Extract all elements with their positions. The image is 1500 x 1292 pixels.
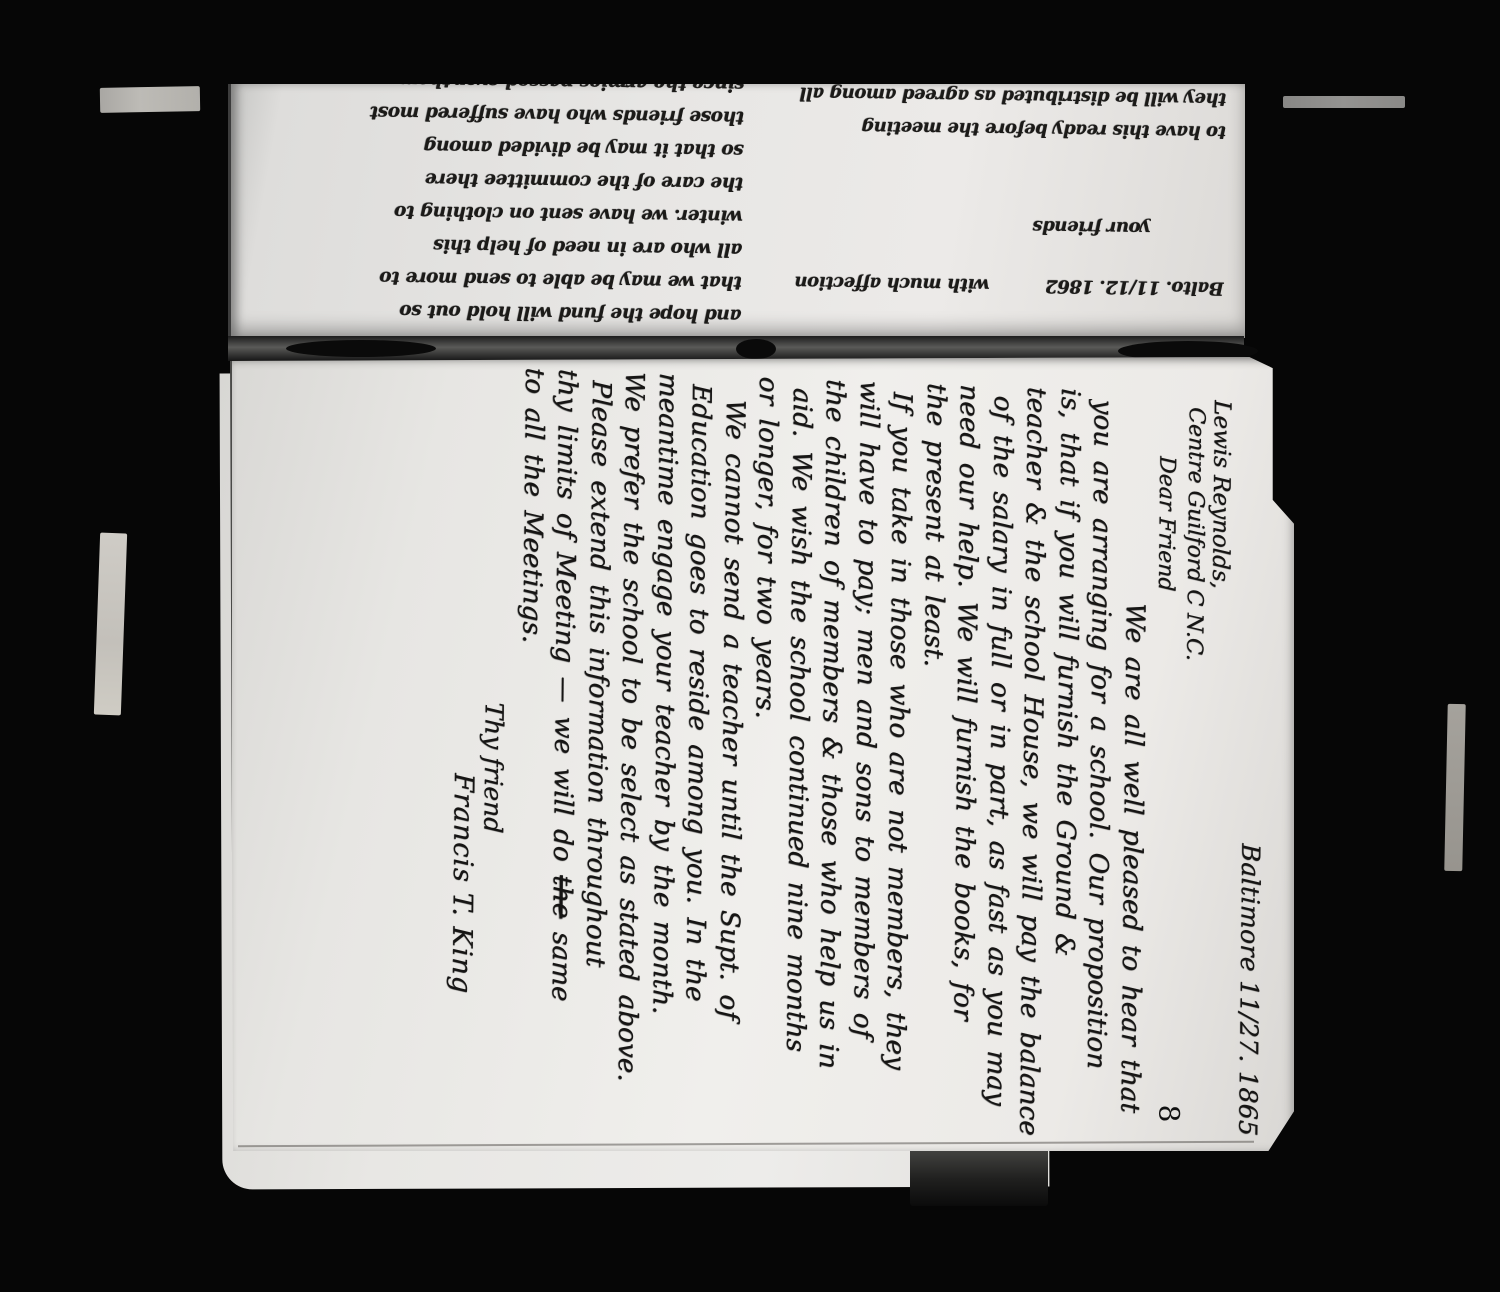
previous-page-signature-scrawl: with much affection — [795, 266, 990, 302]
letter-closing: Thy friend — [476, 702, 509, 1122]
previous-page-date: Balto. 11/12. 1862 — [1045, 269, 1224, 304]
handwritten-line: so that it may be divided among — [244, 127, 744, 167]
handwritten-line: and hope the fund will hold out so — [241, 292, 741, 332]
handwritten-line: that we may be able to send more to — [242, 259, 742, 299]
handwritten-line: the care of the committee there — [243, 160, 743, 200]
letter-body: We are all well pleased to hear thatyou … — [509, 367, 1153, 1146]
microfilm-frame: Balto. 11/12. 1862 with much affection y… — [0, 0, 1500, 1292]
handwritten-line: all who are in need of help this — [242, 226, 742, 266]
handwritten-line: winter. we have sent on clothing to — [243, 193, 743, 233]
previous-page-last-line: to have this ready before the meeting — [774, 109, 1226, 148]
letter-content-rotated: Baltimore 11/27. 1865 Lewis Reynolds, Ce… — [402, 363, 1272, 1151]
film-marker-left — [94, 533, 127, 716]
previous-page-friends-line: your friends — [773, 206, 1151, 244]
film-marker-top-left — [100, 86, 200, 113]
page-number: 8 — [1152, 1105, 1185, 1123]
previous-page-body: and hope the fund will hold out sothat w… — [241, 84, 744, 332]
previous-page-closing-block: Balto. 11/12. 1862 with much affection y… — [771, 91, 1226, 338]
letter-signature: Francis T. King — [445, 773, 480, 1121]
film-marker-right — [1444, 704, 1465, 871]
binding-shadow — [286, 340, 436, 357]
binding-shadow — [736, 339, 776, 359]
letter-salutation: Dear Friend — [1147, 456, 1179, 1148]
handwritten-line: those friends who have suffered most — [244, 94, 744, 134]
film-marker-top-right — [1283, 96, 1405, 108]
previous-page-content: Balto. 11/12. 1862 with much affection y… — [229, 84, 1245, 338]
letter-date: Baltimore 11/27. 1865 — [1233, 395, 1270, 1137]
handwritten-line: We are all well pleased to hear that — [1112, 602, 1151, 1146]
previous-page: Balto. 11/12. 1862 with much affection y… — [228, 84, 1245, 338]
previous-page-signature-row: Balto. 11/12. 1862 with much affection — [772, 265, 1224, 304]
page-edge-notch — [910, 1146, 1048, 1206]
